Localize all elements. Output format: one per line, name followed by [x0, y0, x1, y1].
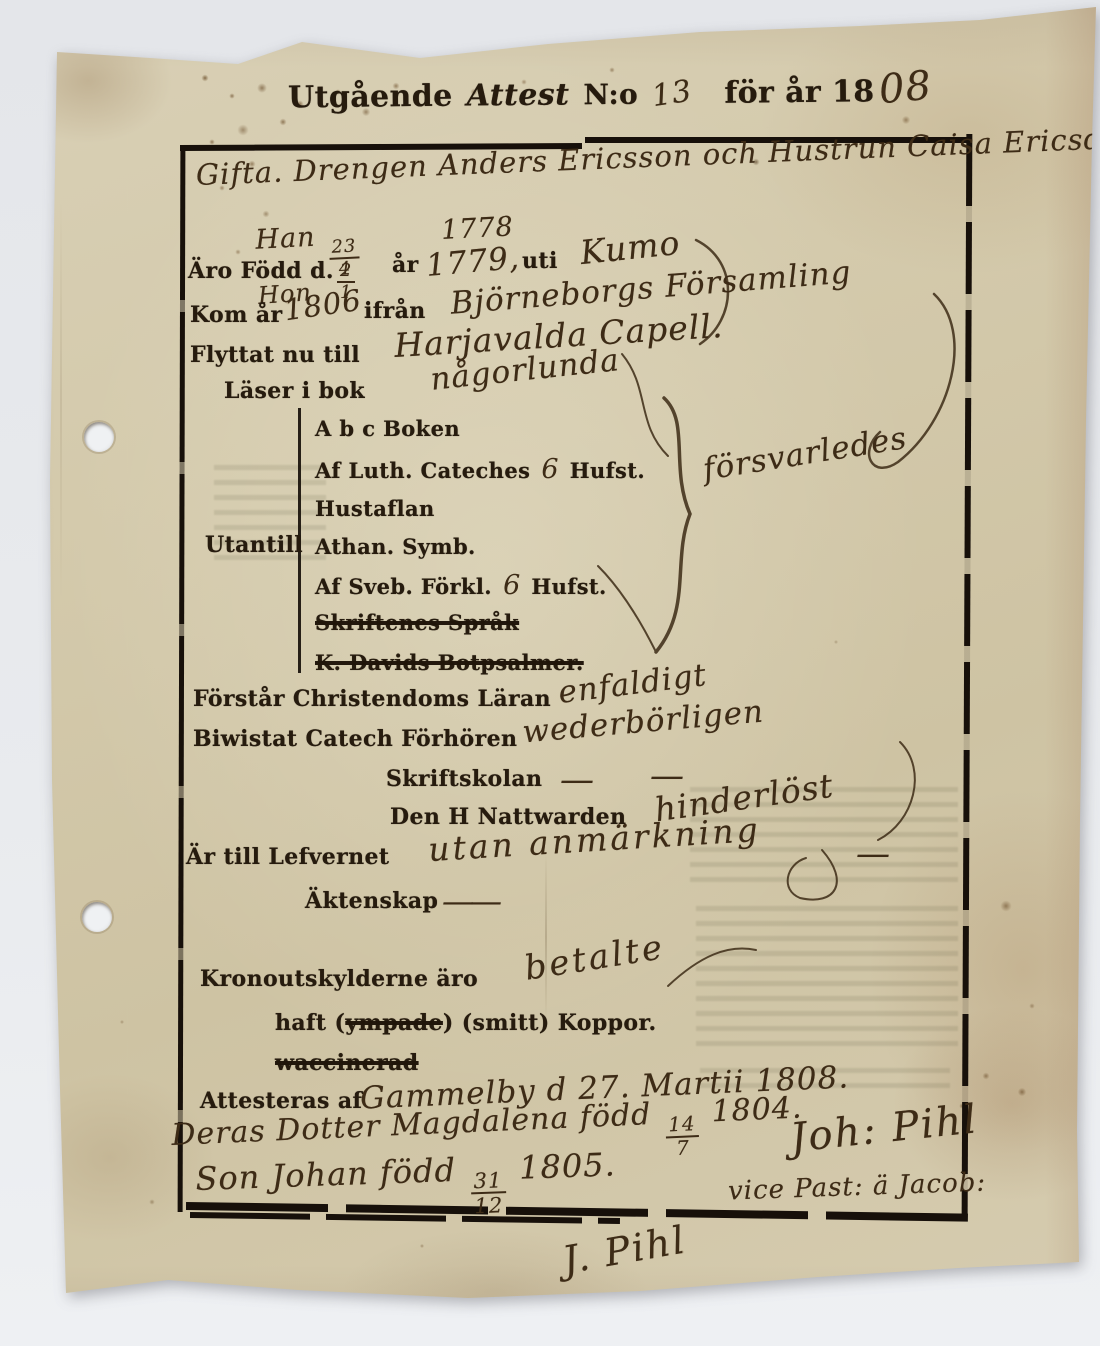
document-title: Utgående Attest N:o 13 för år 18 08: [288, 65, 932, 118]
paper-crease: [60, 200, 62, 600]
label-aktenskap: Äktenskap: [305, 888, 438, 914]
brace-note-handwritten: försvarledes: [700, 420, 909, 488]
book-item-skriftenes-sprak: Skriftenes Språk: [315, 610, 519, 635]
nagorlunda-tail-flourish: [622, 354, 668, 456]
bleed-through-text: [696, 902, 958, 1050]
betalte-flourish: [668, 949, 756, 987]
signature-bottom: J. Pihl: [559, 1217, 690, 1282]
label-flyttat: Flyttat nu till: [190, 342, 360, 368]
book-text: A b c Boken: [315, 416, 460, 441]
book-text: Af Sveb. Förkl.: [315, 574, 492, 599]
anmarkning-loop-flourish: [788, 850, 837, 900]
row-gifta-handwritten: Gifta. Drengen Anders Ericsson och Hustr…: [195, 121, 1100, 192]
label-skriftskolan: Skriftskolan: [386, 766, 542, 792]
book-text: Af Luth. Cateches: [315, 458, 530, 483]
label-kom-ar: Kom år: [190, 302, 283, 328]
form-border-right: [962, 134, 973, 1214]
label-koppor: haft (ympade) (smitt) Koppor.: [275, 1010, 657, 1036]
book-item-luth-cateches: Af Luth. Cateches 6 Hufst.: [315, 454, 645, 485]
punch-hole-top: [84, 422, 114, 452]
book-list-brace: [656, 398, 690, 652]
label-waccinerad-struck: waccinerad: [275, 1050, 419, 1076]
title-number-handwritten: 13: [650, 74, 695, 115]
title-word-attest: Attest: [466, 77, 569, 113]
label-biwistat: Biwistat Catech Förhören: [193, 726, 517, 752]
biwistat-value: wederbörligen: [521, 694, 765, 751]
book-item-abc: A b c Boken: [315, 416, 460, 441]
signature-name: Joh: Pihl: [788, 1096, 980, 1161]
paper-shadow: Utgående Attest N:o 13 för år 18 08 Gift…: [0, 0, 1100, 1346]
label-laser-i-bok: Läser i bok: [224, 378, 365, 404]
book-suffix: Hufst.: [531, 574, 606, 599]
label-uti: uti: [522, 248, 558, 274]
born-year: 1779,: [425, 240, 522, 284]
koppor-prefix: haft (: [275, 1010, 345, 1036]
title-word-utgaende: Utgående: [288, 79, 453, 116]
label-ifran: ifrån: [364, 298, 426, 324]
paper-crease: [545, 852, 547, 1022]
book-item-davids-botpsalmer: K. Davids Botpsalmer.: [315, 650, 584, 675]
scan-background: Utgående Attest N:o 13 för år 18 08 Gift…: [0, 0, 1100, 1346]
born-place: Kumo: [578, 223, 682, 272]
skriftskolan-dash: —: [560, 760, 595, 800]
label-lefvernet: Är till Lefvernet: [186, 844, 389, 870]
child-birthdate-fraction: 3112: [470, 1169, 506, 1216]
title-word-no: N:o: [583, 78, 638, 112]
book-count-handwritten: 6: [503, 570, 520, 601]
child-text: Son Johan född: [195, 1151, 457, 1198]
label-utantill: Utantill: [205, 532, 303, 558]
document-paper: Utgående Attest N:o 13 för år 18 08 Gift…: [0, 0, 1100, 1346]
lefvernet-dash: —: [856, 834, 891, 874]
label-aro-fodd: Äro Född d.: [188, 258, 334, 284]
wederborligen-flourish: [878, 742, 915, 840]
book-text-struck: K. Davids Botpsalmer.: [315, 650, 584, 675]
koppor-suffix: ) (smitt) Koppor.: [443, 1010, 657, 1036]
book-item-sveb-forkl: Af Sveb. Förkl. 6 Hufst.: [315, 570, 607, 601]
book-text-struck: Skriftenes Språk: [315, 610, 519, 635]
koppor-ympade-struck: ympade: [345, 1010, 442, 1036]
signature-title: vice Past: ä Jacob:: [728, 1168, 987, 1207]
book-text: Athan. Symb.: [315, 534, 476, 559]
punch-hole-bottom: [82, 902, 112, 932]
book-text: Hustaflan: [315, 496, 435, 521]
label-forstar: Förstår Christendoms Läran: [193, 686, 551, 712]
title-year-handwritten: 08: [876, 62, 933, 113]
label-kronoutskylderne: Kronoutskylderne äro: [200, 966, 478, 992]
child-birthyear: 1805.: [518, 1145, 616, 1186]
form-border-left: [178, 150, 186, 1212]
child-birthdate-fraction: 147: [665, 1114, 700, 1159]
krono-value: betalte: [522, 927, 668, 989]
book-suffix: Hufst.: [570, 458, 645, 483]
book-item-hustaflan: Hustaflan: [315, 496, 435, 521]
title-word-for-ar: för år 18: [724, 74, 875, 111]
aktenskap-dash: ——: [442, 882, 498, 920]
book-item-athan-symb: Athan. Symb.: [315, 534, 476, 559]
han-word: Han: [255, 222, 317, 256]
book-count-handwritten: 6: [541, 454, 558, 485]
label-ar: år: [392, 252, 419, 278]
